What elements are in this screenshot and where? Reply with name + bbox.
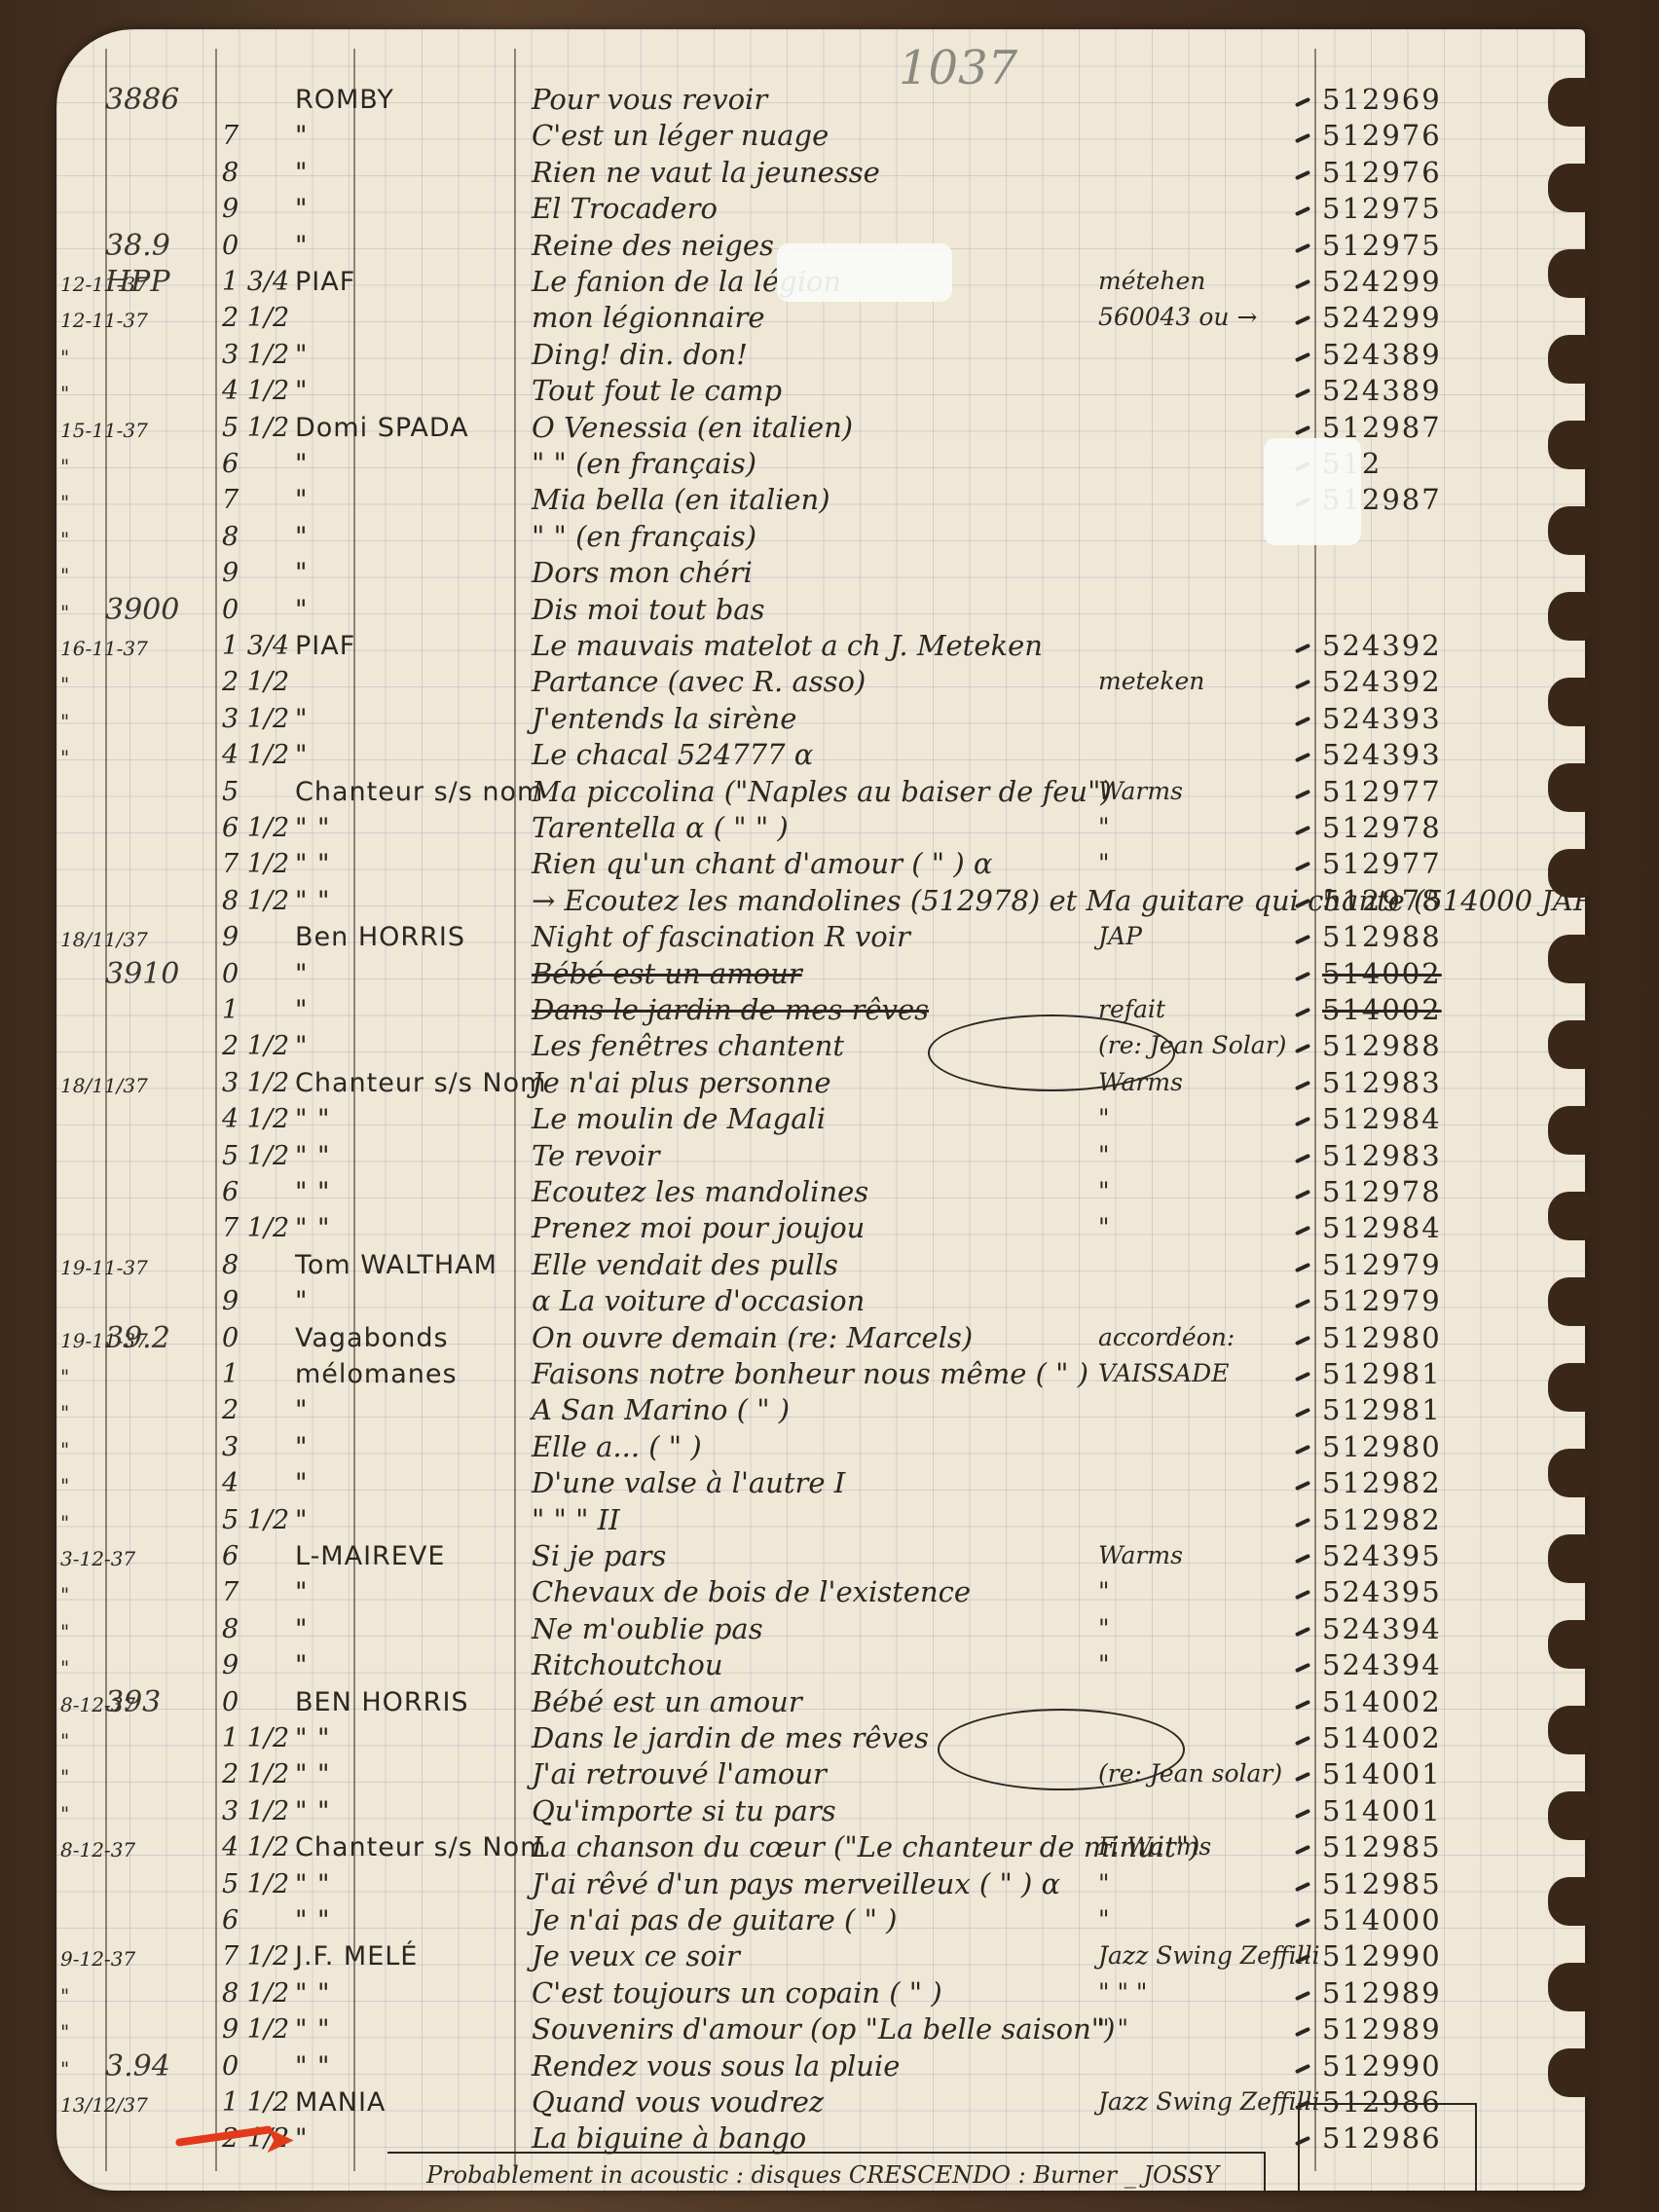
- recording-date: ": [60, 2020, 163, 2044]
- ledger-row: 7"C'est un léger nuage512976: [56, 119, 1585, 155]
- take-number: 2 1/2: [222, 1759, 289, 1789]
- annotation-note: ": [1098, 1650, 1110, 1678]
- binder-hole: [1548, 2048, 1591, 2097]
- tick-mark: [1295, 1335, 1310, 1345]
- take-number: 1 3/4: [222, 631, 289, 661]
- tick-mark: [1295, 1081, 1310, 1090]
- circled-annotation: [928, 1014, 1175, 1091]
- song-title: Prenez moi pour joujou: [532, 1211, 865, 1244]
- recording-date: ": [60, 455, 163, 478]
- ledger-row: "4 1/2"Le chacal 524777 α524393: [56, 738, 1585, 774]
- artist-name: ": [295, 995, 308, 1025]
- song-title: Le mauvais matelot a ch J. Meteken: [532, 629, 1043, 662]
- artist-name: ": [295, 1505, 308, 1535]
- catalog-reference: 512990: [1322, 2049, 1442, 2083]
- artist-name: mélomanes: [295, 1359, 458, 1389]
- tick-mark: [1295, 315, 1310, 325]
- artist-name: ": [295, 959, 308, 989]
- ledger-row: "9"Dors mon chéri: [56, 556, 1585, 592]
- binder-hole: [1548, 1963, 1591, 2011]
- tick-mark: [1295, 789, 1310, 798]
- recording-date: ": [60, 346, 163, 369]
- recording-date: ": [60, 1656, 163, 1679]
- catalog-reference: 512981: [1322, 1393, 1442, 1426]
- annotation-note: meteken: [1098, 667, 1204, 695]
- tick-mark: [1295, 1699, 1310, 1709]
- ledger-row: 9"α La voiture d'occasion512979: [56, 1284, 1585, 1320]
- ledger-row: "4"D'une valse à l'autre I512982: [56, 1466, 1585, 1502]
- ledger-row: 19-11-378Tom WALTHAMElle vendait des pul…: [56, 1248, 1585, 1284]
- tick-mark: [1295, 1772, 1310, 1782]
- take-number: 6: [222, 1541, 239, 1571]
- song-title: Rien ne vaut la jeunesse: [532, 156, 880, 189]
- recording-date: 8-12-37: [60, 1838, 163, 1862]
- take-number: 0: [222, 231, 239, 261]
- take-number: 9 1/2: [222, 2014, 289, 2045]
- correction-fluid-mark: [777, 243, 952, 302]
- artist-name: Ben HORRIS: [295, 922, 465, 952]
- recording-date: 13/12/37: [60, 2093, 163, 2117]
- song-title: Tarentella α ( " " ): [532, 811, 789, 844]
- artist-name: ": [295, 1614, 308, 1644]
- ledger-row: "8"Ne m'oublie pas524394": [56, 1612, 1585, 1648]
- catalog-reference: 512988: [1322, 920, 1442, 953]
- take-number: 8: [222, 1614, 239, 1644]
- binder-hole: [1548, 1706, 1591, 1754]
- matrix-number: 3900: [105, 593, 179, 627]
- ledger-page: 1037 3886ROMBYPour vous revoir5129697"C'…: [56, 29, 1585, 2191]
- artist-name: " ": [295, 1869, 330, 1899]
- tick-mark: [1295, 1044, 1310, 1053]
- catalog-reference: 524394: [1322, 1648, 1442, 1681]
- tick-mark: [1295, 1445, 1310, 1455]
- ledger-row: 4 1/2" "Le moulin de Magali512984": [56, 1102, 1585, 1138]
- catalog-reference: 524299: [1322, 301, 1442, 334]
- annotation-note: " " ": [1098, 1978, 1147, 2007]
- annotation-note: ": [1098, 1614, 1110, 1642]
- tick-mark: [1295, 1117, 1310, 1126]
- catalog-reference: 512984: [1322, 1211, 1442, 1244]
- take-number: 5 1/2: [222, 413, 289, 443]
- song-title: Je veux ce soir: [532, 1939, 740, 1972]
- song-title: Je n'ai plus personne: [532, 1066, 831, 1099]
- song-title: Si je pars: [532, 1539, 666, 1572]
- ledger-row: "9 1/2" "Souvenirs d'amour (op "La belle…: [56, 2012, 1585, 2048]
- ledger-row: "7"Chevaux de bois de l'existence524395": [56, 1575, 1585, 1611]
- matrix-number: 39.2: [105, 1321, 170, 1355]
- circled-annotation: [938, 1709, 1185, 1790]
- take-number: 4: [222, 1468, 239, 1498]
- ledger-row: "3 1/2"J'entends la sirène524393: [56, 702, 1585, 738]
- artist-name: ": [295, 231, 308, 261]
- song-title: Faisons notre bonheur nous même ( " ): [532, 1357, 1088, 1390]
- take-number: 8: [222, 158, 239, 188]
- annotation-note: 560043 ou →: [1098, 303, 1257, 331]
- song-title: mon légionnaire: [532, 301, 765, 334]
- ledger-row: 5 1/2" "Te revoir512983": [56, 1139, 1585, 1175]
- tick-mark: [1295, 1991, 1310, 2001]
- ledger-row: 7 1/2" "Prenez moi pour joujou512984": [56, 1211, 1585, 1247]
- tick-mark: [1295, 170, 1310, 180]
- catalog-reference: 512984: [1322, 1102, 1442, 1135]
- song-title: D'une valse à l'autre I: [532, 1466, 845, 1499]
- song-title: J'ai rêvé d'un pays merveilleux ( " ) α: [532, 1867, 1060, 1900]
- tick-mark: [1295, 1881, 1310, 1891]
- tick-mark: [1295, 826, 1310, 835]
- catalog-reference: 512988: [1322, 1029, 1442, 1062]
- ledger-row: "9"Ritchoutchou524394": [56, 1648, 1585, 1684]
- tick-mark: [1295, 753, 1310, 762]
- song-title: Qu'importe si tu pars: [532, 1794, 836, 1827]
- binder-hole: [1548, 1020, 1591, 1069]
- binder-hole: [1548, 421, 1591, 469]
- tick-mark: [1295, 133, 1310, 143]
- artist-name: ": [295, 485, 308, 515]
- song-title: α La voiture d'occasion: [532, 1284, 865, 1317]
- annotation-note: " ": [1098, 2014, 1128, 2043]
- tick-mark: [1295, 971, 1310, 980]
- matrix-number: 38.9: [105, 229, 170, 263]
- ledger-row: "1mélomanesFaisons notre bonheur nous mê…: [56, 1357, 1585, 1393]
- annotation-note: VAISSADE: [1098, 1359, 1229, 1387]
- matrix-number: 3886: [105, 83, 179, 117]
- binder-hole: [1548, 849, 1591, 898]
- artist-name: " ": [295, 1905, 330, 1935]
- ledger-row: 5Chanteur s/s nomMa piccolina ("Naples a…: [56, 775, 1585, 811]
- song-title: C'est un léger nuage: [532, 119, 829, 152]
- catalog-reference: 524393: [1322, 702, 1442, 735]
- ledger-row: 6" "Ecoutez les mandolines512978": [56, 1175, 1585, 1211]
- take-number: 6 1/2: [222, 813, 289, 843]
- catalog-reference: 512977: [1322, 775, 1442, 808]
- ledger-row: 6 1/2" "Tarentella α ( " " )512978": [56, 811, 1585, 847]
- binder-hole: [1548, 506, 1591, 555]
- ledger-row: 8 1/2" "→ Ecoutez les mandolines (512978…: [56, 884, 1585, 920]
- take-number: 8 1/2: [222, 886, 289, 916]
- take-number: 6: [222, 1177, 239, 1207]
- catalog-reference: 524393: [1322, 738, 1442, 771]
- song-title: A San Marino ( " ): [532, 1393, 790, 1426]
- recording-date: ": [60, 1729, 163, 1752]
- take-number: 4 1/2: [222, 376, 289, 406]
- song-title: Tout fout le camp: [532, 374, 782, 407]
- tick-mark: [1295, 2027, 1310, 2037]
- song-title: La biguine à bango: [532, 2121, 806, 2155]
- catalog-reference: 512980: [1322, 1321, 1442, 1354]
- footer-note: Probablement in acoustic : disques CRESC…: [426, 2161, 1219, 2189]
- binder-hole: [1548, 1534, 1591, 1583]
- ledger-row: 2 1/2"Les fenêtres chantent512988(re: Je…: [56, 1029, 1585, 1065]
- song-title: Pour vous revoir: [532, 83, 767, 116]
- catalog-reference: 512978: [1322, 884, 1442, 917]
- take-number: 9: [222, 922, 239, 952]
- artist-name: ": [295, 740, 308, 770]
- catalog-reference: 514002: [1322, 957, 1442, 990]
- annotation-note: Jazz Swing Zeffilli: [1098, 1941, 1320, 1970]
- annotation-note: ": [1098, 1869, 1110, 1898]
- recording-date: 18/11/37: [60, 1074, 163, 1097]
- artist-name: ": [295, 1031, 308, 1061]
- catalog-reference: 514001: [1322, 1794, 1442, 1827]
- artist-name: ": [295, 1577, 308, 1607]
- artist-name: J.F. MELÉ: [295, 1941, 418, 1972]
- song-title: Le chacal 524777 α: [532, 738, 813, 771]
- take-number: 0: [222, 959, 239, 989]
- binder-hole: [1548, 935, 1591, 983]
- ledger-row: 5 1/2" "J'ai rêvé d'un pays merveilleux …: [56, 1867, 1585, 1903]
- recording-date: ": [60, 1984, 163, 2008]
- artist-name: ": [295, 595, 308, 625]
- tick-mark: [1295, 1590, 1310, 1600]
- song-title: Night of fascination R voir: [532, 920, 910, 953]
- song-title: " " (en français): [532, 520, 756, 553]
- artist-name: ": [295, 121, 308, 151]
- take-number: 5 1/2: [222, 1141, 289, 1171]
- ledger-row: "2 1/2" "J'ai retrouvé l'amour514001(re:…: [56, 1757, 1585, 1793]
- recording-date: 9-12-37: [60, 1947, 163, 1971]
- song-title: Bébé est un amour: [532, 1685, 802, 1718]
- take-number: 2 1/2: [222, 1031, 289, 1061]
- song-title: " " " II: [532, 1503, 620, 1536]
- ledger-row: 16-11-371 3/4PIAFLe mauvais matelot a ch…: [56, 629, 1585, 665]
- take-number: 9: [222, 1286, 239, 1316]
- binder-hole: [1548, 335, 1591, 384]
- song-title: Elle vendait des pulls: [532, 1248, 838, 1281]
- song-title: Dors mon chéri: [532, 556, 753, 589]
- catalog-reference: 512969: [1322, 83, 1442, 116]
- song-title: Ritchoutchou: [532, 1648, 723, 1681]
- recording-date: 16-11-37: [60, 637, 163, 660]
- artist-name: Chanteur s/s Nom: [295, 1832, 546, 1862]
- ledger-row: 1"Dans le jardin de mes rêves514002refai…: [56, 993, 1585, 1029]
- annotation-note: JAP: [1098, 922, 1142, 950]
- annotation-note: Warms: [1098, 777, 1183, 805]
- recording-date: 12-11-37: [60, 309, 163, 332]
- ledger-row: 9-12-377 1/2J.F. MELÉJe veux ce soir5129…: [56, 1939, 1585, 1975]
- tick-mark: [1295, 717, 1310, 726]
- annotation-note: ": [1098, 1177, 1110, 1205]
- catalog-reference: 524389: [1322, 374, 1442, 407]
- catalog-reference: 524395: [1322, 1539, 1442, 1572]
- song-title: Ecoutez les mandolines: [532, 1175, 868, 1208]
- recording-date: ": [60, 564, 163, 587]
- tick-mark: [1295, 279, 1310, 289]
- catalog-reference: 512981: [1322, 1357, 1442, 1390]
- song-title: Quand vous voudrez: [532, 2085, 824, 2119]
- artist-name: ": [295, 704, 308, 734]
- song-title: O Venessia (en italien): [532, 411, 853, 444]
- song-title: El Trocadero: [532, 192, 718, 225]
- tick-mark: [1295, 680, 1310, 689]
- catalog-reference: 524392: [1322, 629, 1442, 662]
- take-number: 1: [222, 995, 239, 1025]
- matrix-number: HPP: [105, 265, 170, 299]
- catalog-reference: 514001: [1322, 1757, 1442, 1790]
- artist-name: ": [295, 194, 308, 224]
- recording-date: ": [60, 1401, 163, 1424]
- take-number: 1 1/2: [222, 1723, 289, 1753]
- catalog-reference: 512983: [1322, 1139, 1442, 1172]
- tick-mark: [1295, 1809, 1310, 1819]
- song-title: Dans le jardin de mes rêves: [532, 1721, 929, 1754]
- ledger-row: "2"A San Marino ( " )512981: [56, 1393, 1585, 1429]
- song-title: Dis moi tout bas: [532, 593, 764, 626]
- recording-date: ": [60, 491, 163, 514]
- binder-hole: [1548, 164, 1591, 212]
- song-title: Te revoir: [532, 1139, 659, 1172]
- recording-date: ": [60, 382, 163, 405]
- ledger-row: "3"Elle a... ( " )512980: [56, 1430, 1585, 1466]
- annotation-note: ": [1098, 1577, 1110, 1605]
- take-number: 4 1/2: [222, 1832, 289, 1862]
- ledger-row: 3-12-376L-MAIREVESi je pars524395Warms: [56, 1539, 1585, 1575]
- recording-date: 19-11-37: [60, 1256, 163, 1279]
- song-title: Dans le jardin de mes rêves: [532, 993, 929, 1026]
- take-number: 8 1/2: [222, 1978, 289, 2009]
- binder-hole: [1548, 1791, 1591, 1840]
- matrix-number: 393: [105, 1685, 161, 1719]
- tick-mark: [1295, 424, 1310, 434]
- tick-mark: [1295, 1627, 1310, 1637]
- ledger-row: 8"Rien ne vaut la jeunesse512976: [56, 156, 1585, 192]
- correction-fluid-mark: [1264, 438, 1361, 545]
- artist-name: Domi SPADA: [295, 413, 469, 443]
- ledger-row: 8-12-374 1/2Chanteur s/s NomLa chanson d…: [56, 1830, 1585, 1866]
- song-title: Mia bella (en italien): [532, 483, 830, 516]
- artist-name: ": [295, 158, 308, 188]
- binder-hole: [1548, 1877, 1591, 1926]
- binder-hole: [1548, 1192, 1591, 1240]
- tick-mark: [1295, 1372, 1310, 1382]
- recording-date: 18/11/37: [60, 928, 163, 951]
- catalog-reference: 524389: [1322, 338, 1442, 371]
- annotation-note: ": [1098, 1905, 1110, 1934]
- boxed-catalog-refs: [1298, 2103, 1477, 2191]
- catalog-reference: 512979: [1322, 1284, 1442, 1317]
- tick-mark: [1295, 862, 1310, 871]
- artist-name: ": [295, 1286, 308, 1316]
- binder-hole: [1548, 78, 1591, 127]
- ledger-row: 3886ROMBYPour vous revoir512969: [56, 83, 1585, 119]
- ledger-row: 18/11/373 1/2Chanteur s/s NomJe n'ai plu…: [56, 1066, 1585, 1102]
- artist-name: ": [295, 376, 308, 406]
- artist-name: ": [295, 522, 308, 552]
- song-title: Ne m'oublie pas: [532, 1612, 763, 1645]
- ledger-row: "1 1/2" "Dans le jardin de mes rêves5140…: [56, 1721, 1585, 1757]
- take-number: 4 1/2: [222, 1104, 289, 1134]
- catalog-reference: 512978: [1322, 811, 1442, 844]
- recording-date: 3-12-37: [60, 1547, 163, 1570]
- tick-mark: [1295, 1554, 1310, 1564]
- song-title: Reine des neiges: [532, 229, 774, 262]
- tick-mark: [1295, 1918, 1310, 1928]
- catalog-reference: 524299: [1322, 265, 1442, 298]
- artist-name: " ": [295, 1177, 330, 1207]
- catalog-reference: 512989: [1322, 1976, 1442, 2009]
- song-title: Je n'ai pas de guitare ( " ): [532, 1903, 897, 1936]
- take-number: 7: [222, 121, 239, 151]
- take-number: 3 1/2: [222, 1068, 289, 1098]
- artist-name: ": [295, 1468, 308, 1498]
- tick-mark: [1295, 1736, 1310, 1746]
- take-number: 8: [222, 522, 239, 552]
- take-number: 6: [222, 449, 239, 479]
- tick-mark: [1295, 1008, 1310, 1017]
- catalog-reference: 512980: [1322, 1430, 1442, 1463]
- binder-hole: [1548, 1620, 1591, 1669]
- ledger-row: "3 1/2" "Qu'importe si tu pars514001: [56, 1794, 1585, 1830]
- ledger-row: 12-11-372 1/2mon légionnaire524299560043…: [56, 301, 1585, 337]
- take-number: 3 1/2: [222, 1796, 289, 1826]
- tick-mark: [1295, 206, 1310, 216]
- binder-hole: [1548, 1277, 1591, 1326]
- catalog-reference: 512990: [1322, 1939, 1442, 1972]
- song-title: Elle a... ( " ): [532, 1430, 702, 1463]
- catalog-reference: 512975: [1322, 192, 1442, 225]
- take-number: 5 1/2: [222, 1505, 289, 1535]
- artist-name: L-MAIREVE: [295, 1541, 445, 1571]
- artist-name: " ": [295, 1759, 330, 1789]
- binder-hole: [1548, 678, 1591, 726]
- tick-mark: [1295, 1845, 1310, 1855]
- take-number: 0: [222, 595, 239, 625]
- recording-date: ": [60, 1438, 163, 1461]
- ledger-row: "5 1/2"" " " II512982: [56, 1503, 1585, 1539]
- artist-name: PIAF: [295, 267, 355, 297]
- annotation-note: Warms: [1098, 1541, 1183, 1569]
- recording-date: ": [60, 1365, 163, 1388]
- artist-name: " ": [295, 1978, 330, 2009]
- annotation-note: ": [1098, 813, 1110, 841]
- catalog-reference: 512978: [1322, 1175, 1442, 1208]
- catalog-reference: 512982: [1322, 1503, 1442, 1536]
- artist-name: ": [295, 340, 308, 370]
- recording-date: ": [60, 673, 163, 696]
- artist-name: Chanteur s/s Nom: [295, 1068, 546, 1098]
- tick-mark: [1295, 1408, 1310, 1418]
- catalog-reference: 512983: [1322, 1066, 1442, 1099]
- take-number: 1: [222, 1359, 239, 1389]
- catalog-reference: 512976: [1322, 156, 1442, 189]
- catalog-reference: 514002: [1322, 1721, 1442, 1754]
- artist-name: BEN HORRIS: [295, 1687, 469, 1717]
- take-number: 6: [222, 1905, 239, 1935]
- catalog-reference: 514000: [1322, 1903, 1442, 1936]
- ledger-row: 19-11-3739.20VagabondsOn ouvre demain (r…: [56, 1321, 1585, 1357]
- take-number: 9: [222, 194, 239, 224]
- annotation-note: ": [1098, 1213, 1110, 1241]
- ledger-row: 7 1/2" "Rien qu'un chant d'amour ( " ) α…: [56, 847, 1585, 883]
- tick-mark: [1295, 388, 1310, 398]
- song-title: Ding! din. don!: [532, 338, 748, 371]
- song-title: Rien qu'un chant d'amour ( " ) α: [532, 847, 992, 880]
- song-title: On ouvre demain (re: Marcels): [532, 1321, 973, 1354]
- take-number: 8: [222, 1250, 239, 1280]
- tick-mark: [1295, 935, 1310, 944]
- artist-name: " ": [295, 2014, 330, 2045]
- song-title: Bébé est un amour: [532, 957, 802, 990]
- tick-mark: [1295, 1299, 1310, 1309]
- song-title: J'entends la sirène: [532, 702, 796, 735]
- artist-name: ": [295, 1650, 308, 1680]
- take-number: 4 1/2: [222, 740, 289, 770]
- song-title: Rendez vous sous la pluie: [532, 2049, 900, 2083]
- catalog-reference: 512985: [1322, 1830, 1442, 1863]
- tick-mark: [1295, 242, 1310, 252]
- song-title: J'ai retrouvé l'amour: [532, 1757, 827, 1790]
- tick-mark: [1295, 97, 1310, 107]
- ledger-row: 18/11/379Ben HORRISNight of fascination …: [56, 920, 1585, 956]
